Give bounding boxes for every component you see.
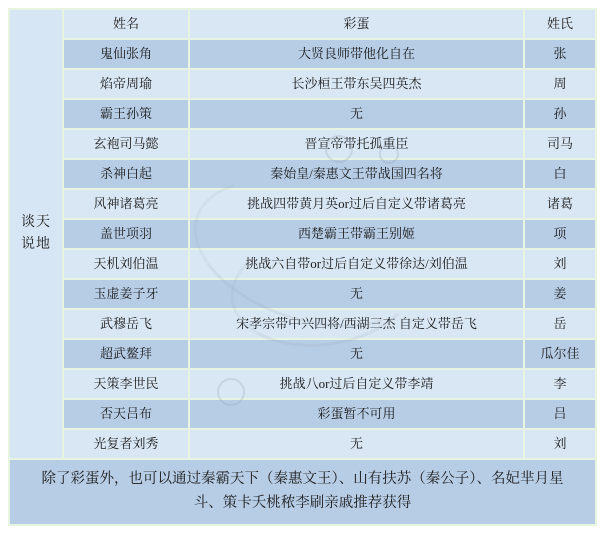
row-name-cell: 霸王孙策	[64, 100, 188, 128]
column-header-egg: 彩蛋	[190, 10, 523, 38]
row-surname-cell: 张	[525, 40, 595, 68]
row-name-cell: 天策李世民	[64, 370, 188, 398]
row-egg-cell: 无	[190, 280, 523, 308]
row-name-cell: 光复者刘秀	[64, 430, 188, 458]
footer-note-text: 除了彩蛋外，也可以通过秦霸天下（秦惠文王）、山有扶苏（秦公子）、名妃芈月星斗、策…	[42, 468, 564, 516]
row-name-cell: 风神诸葛亮	[64, 190, 188, 218]
row-surname-cell: 吕	[525, 400, 595, 428]
column-header-surname: 姓氏	[525, 10, 595, 38]
page: 谈天 说地 姓名 彩蛋 姓氏 鬼仙张角大贤良师带他化自在张焰帝周瑜长沙桓王带东吴…	[0, 0, 600, 533]
row-egg-cell: 无	[190, 100, 523, 128]
row-egg-cell: 挑战四带黄月英or过后自定义带诸葛亮	[190, 190, 523, 218]
row-name-cell: 超武鳌拜	[64, 340, 188, 368]
row-surname-cell: 瓜尔佳	[525, 340, 595, 368]
row-surname-cell: 项	[525, 220, 595, 248]
row-surname-cell: 周	[525, 70, 595, 98]
row-egg-cell: 挑战八or过后自定义带李靖	[190, 370, 523, 398]
row-name-cell: 玉虚姜子牙	[64, 280, 188, 308]
side-label-line2: 说地	[21, 234, 51, 256]
row-surname-cell: 刘	[525, 430, 595, 458]
row-egg-cell: 晋宣帝带托孤重臣	[190, 130, 523, 158]
row-name-cell: 否天吕布	[64, 400, 188, 428]
row-egg-cell: 挑战六自带or过后自定义带徐达/刘伯温	[190, 250, 523, 278]
row-egg-cell: 长沙桓王带东吴四英杰	[190, 70, 523, 98]
row-egg-cell: 大贤良师带他化自在	[190, 40, 523, 68]
row-surname-cell: 李	[525, 370, 595, 398]
row-egg-cell: 无	[190, 340, 523, 368]
row-egg-cell: 无	[190, 430, 523, 458]
row-surname-cell: 司马	[525, 130, 595, 158]
row-surname-cell: 姜	[525, 280, 595, 308]
row-name-cell: 杀神白起	[64, 160, 188, 188]
row-name-cell: 天机刘伯温	[64, 250, 188, 278]
row-egg-cell: 秦始皇/秦惠文王带战国四名将	[190, 160, 523, 188]
table-side-label: 谈天 说地	[10, 10, 62, 458]
row-surname-cell: 孙	[525, 100, 595, 128]
easter-egg-table: 谈天 说地 姓名 彩蛋 姓氏 鬼仙张角大贤良师带他化自在张焰帝周瑜长沙桓王带东吴…	[8, 8, 597, 526]
row-surname-cell: 诸葛	[525, 190, 595, 218]
row-name-cell: 盖世项羽	[64, 220, 188, 248]
row-surname-cell: 岳	[525, 310, 595, 338]
side-label-line1: 谈天	[21, 212, 51, 234]
row-name-cell: 鬼仙张角	[64, 40, 188, 68]
row-name-cell: 武穆岳飞	[64, 310, 188, 338]
row-name-cell: 焰帝周瑜	[64, 70, 188, 98]
row-surname-cell: 白	[525, 160, 595, 188]
row-surname-cell: 刘	[525, 250, 595, 278]
column-header-name: 姓名	[64, 10, 188, 38]
row-name-cell: 玄袍司马懿	[64, 130, 188, 158]
table-footer-note: 除了彩蛋外，也可以通过秦霸天下（秦惠文王）、山有扶苏（秦公子）、名妃芈月星斗、策…	[10, 460, 595, 524]
row-egg-cell: 西楚霸王带霸王别姬	[190, 220, 523, 248]
row-egg-cell: 彩蛋暂不可用	[190, 400, 523, 428]
row-egg-cell: 宋孝宗带中兴四将/西湖三杰 自定义带岳飞	[190, 310, 523, 338]
